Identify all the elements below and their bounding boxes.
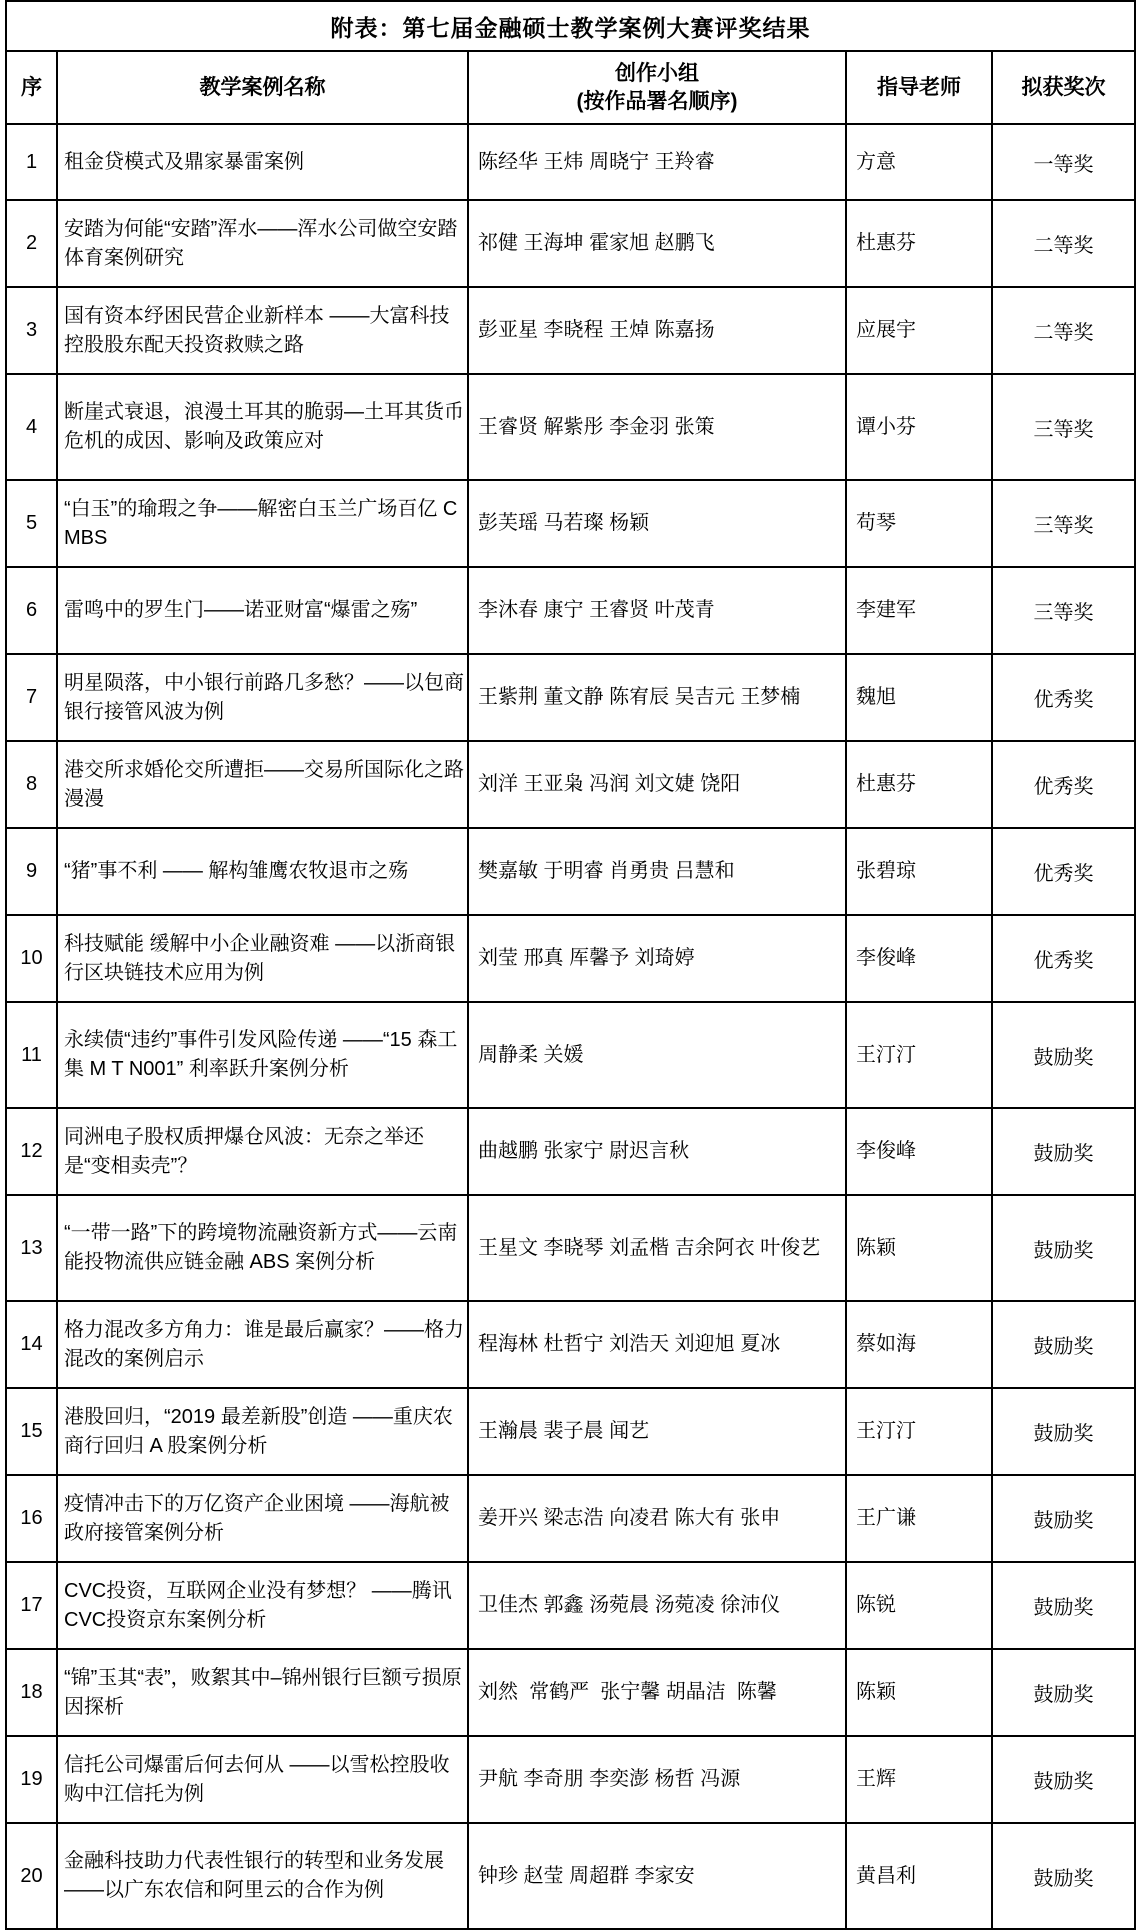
- awards-table: 附表：第七届金融硕士教学案例大赛评奖结果 序 教学案例名称 创作小组 (按作品署…: [5, 0, 1136, 1930]
- case-name: 港股回归，“2019 最差新股”创造 ——重庆农商行回归 A 股案例分析: [57, 1388, 468, 1475]
- creation-group: 李沐春 康宁 王睿贤 叶茂青: [468, 567, 846, 654]
- advisor-name: 蔡如海: [846, 1301, 992, 1388]
- row-index: 17: [6, 1562, 57, 1649]
- advisor-name: 李俊峰: [846, 915, 992, 1002]
- creation-group: 陈经华 王炜 周晓宁 王羚睿: [468, 124, 846, 200]
- creation-group: 卫佳杰 郭鑫 汤菀晨 汤菀凌 徐沛仪: [468, 1562, 846, 1649]
- row-index: 1: [6, 124, 57, 200]
- advisor-name: 王汀汀: [846, 1002, 992, 1108]
- case-name: 永续债“违约”事件引发风险传递 ——“15 森工集 M T N001” 利率跃升…: [57, 1002, 468, 1108]
- row-index: 2: [6, 200, 57, 287]
- title-row: 附表：第七届金融硕士教学案例大赛评奖结果: [6, 1, 1135, 51]
- page-title: 附表：第七届金融硕士教学案例大赛评奖结果: [6, 1, 1135, 51]
- creation-group: 刘然 常鹤严 张宁馨 胡晶洁 陈馨: [468, 1649, 846, 1736]
- table-row: 19 信托公司爆雷后何去何从 ——以雪松控股收购中江信托为例 尹航 李奇朋 李奕…: [6, 1736, 1135, 1823]
- creation-group: 钟珍 赵莹 周超群 李家安: [468, 1823, 846, 1929]
- award-level: 鼓励奖: [992, 1649, 1135, 1736]
- advisor-name: 杜惠芬: [846, 200, 992, 287]
- creation-group: 樊嘉敏 于明睿 肖勇贵 吕慧和: [468, 828, 846, 915]
- row-index: 6: [6, 567, 57, 654]
- case-name: 明星陨落，中小银行前路几多愁？——以包商银行接管风波为例: [57, 654, 468, 741]
- table-row: 11 永续债“违约”事件引发风险传递 ——“15 森工集 M T N001” 利…: [6, 1002, 1135, 1108]
- advisor-name: 方意: [846, 124, 992, 200]
- row-index: 12: [6, 1108, 57, 1195]
- row-index: 8: [6, 741, 57, 828]
- column-header-index: 序: [6, 51, 57, 124]
- column-header-award: 拟获奖次: [992, 51, 1135, 124]
- award-level: 鼓励奖: [992, 1823, 1135, 1929]
- case-name: 信托公司爆雷后何去何从 ——以雪松控股收购中江信托为例: [57, 1736, 468, 1823]
- award-level: 优秀奖: [992, 828, 1135, 915]
- creation-group: 王睿贤 解紫彤 李金羽 张策: [468, 374, 846, 480]
- advisor-name: 李建军: [846, 567, 992, 654]
- award-level: 一等奖: [992, 124, 1135, 200]
- table-row: 15 港股回归，“2019 最差新股”创造 ——重庆农商行回归 A 股案例分析 …: [6, 1388, 1135, 1475]
- column-header-advisor: 指导老师: [846, 51, 992, 124]
- row-index: 18: [6, 1649, 57, 1736]
- case-name: 疫情冲击下的万亿资产企业困境 ——海航被政府接管案例分析: [57, 1475, 468, 1562]
- case-name: “白玉”的瑜瑕之争——解密白玉兰广场百亿 CMBS: [57, 480, 468, 567]
- column-header-group-line2: (按作品署名顺序): [471, 88, 843, 116]
- table-body: 1 租金贷模式及鼎家暴雷案例 陈经华 王炜 周晓宁 王羚睿 方意 一等奖 2 安…: [6, 124, 1135, 1929]
- advisor-name: 杜惠芬: [846, 741, 992, 828]
- award-level: 优秀奖: [992, 915, 1135, 1002]
- creation-group: 刘莹 邢真 厍馨予 刘琦婷: [468, 915, 846, 1002]
- table-row: 5 “白玉”的瑜瑕之争——解密白玉兰广场百亿 CMBS 彭芙瑶 马若璨 杨颖 苟…: [6, 480, 1135, 567]
- advisor-name: 魏旭: [846, 654, 992, 741]
- row-index: 15: [6, 1388, 57, 1475]
- table-row: 20 金融科技助力代表性银行的转型和业务发展——以广东农信和阿里云的合作为例 钟…: [6, 1823, 1135, 1929]
- row-index: 4: [6, 374, 57, 480]
- case-name: 格力混改多方角力：谁是最后赢家？——格力混改的案例启示: [57, 1301, 468, 1388]
- creation-group: 姜开兴 梁志浩 向凌君 陈大有 张申: [468, 1475, 846, 1562]
- case-name: 金融科技助力代表性银行的转型和业务发展——以广东农信和阿里云的合作为例: [57, 1823, 468, 1929]
- advisor-name: 王辉: [846, 1736, 992, 1823]
- advisor-name: 李俊峰: [846, 1108, 992, 1195]
- table-row: 4 断崖式衰退，浪漫土耳其的脆弱—土耳其货币危机的成因、影响及政策应对 王睿贤 …: [6, 374, 1135, 480]
- case-name: 安踏为何能“安踏”浑水——浑水公司做空安踏体育案例研究: [57, 200, 468, 287]
- table-row: 8 港交所求婚伦交所遭拒——交易所国际化之路漫漫 刘洋 王亚枭 冯润 刘文婕 饶…: [6, 741, 1135, 828]
- advisor-name: 谭小芬: [846, 374, 992, 480]
- row-index: 19: [6, 1736, 57, 1823]
- creation-group: 彭亚星 李晓程 王焯 陈嘉扬: [468, 287, 846, 374]
- table-row: 3 国有资本纾困民营企业新样本 ——大富科技控股股东配天投资救赎之路 彭亚星 李…: [6, 287, 1135, 374]
- creation-group: 王瀚晨 裴子晨 闻艺: [468, 1388, 846, 1475]
- award-level: 鼓励奖: [992, 1562, 1135, 1649]
- row-index: 11: [6, 1002, 57, 1108]
- creation-group: 王紫荆 董文静 陈宥辰 吴吉元 王梦楠: [468, 654, 846, 741]
- row-index: 3: [6, 287, 57, 374]
- case-name: 雷鸣中的罗生门——诺亚财富“爆雷之殇”: [57, 567, 468, 654]
- creation-group: 祁健 王海坤 霍家旭 赵鹏飞: [468, 200, 846, 287]
- creation-group: 周静柔 关媛: [468, 1002, 846, 1108]
- award-level: 优秀奖: [992, 741, 1135, 828]
- case-name: “一带一路”下的跨境物流融资新方式——云南能投物流供应链金融 ABS 案例分析: [57, 1195, 468, 1301]
- advisor-name: 应展宇: [846, 287, 992, 374]
- case-name: “猪”事不利 —— 解构雏鹰农牧退市之殇: [57, 828, 468, 915]
- table-row: 12 同洲电子股权质押爆仓风波：无奈之举还是“变相卖壳”？ 曲越鹏 张家宁 尉迟…: [6, 1108, 1135, 1195]
- creation-group: 彭芙瑶 马若璨 杨颖: [468, 480, 846, 567]
- advisor-name: 黄昌利: [846, 1823, 992, 1929]
- table-row: 7 明星陨落，中小银行前路几多愁？——以包商银行接管风波为例 王紫荆 董文静 陈…: [6, 654, 1135, 741]
- creation-group: 王星文 李晓琴 刘孟楷 吉余阿衣 叶俊艺: [468, 1195, 846, 1301]
- award-level: 三等奖: [992, 567, 1135, 654]
- creation-group: 程海林 杜哲宁 刘浩天 刘迎旭 夏冰: [468, 1301, 846, 1388]
- table-row: 10 科技赋能 缓解中小企业融资难 ——以浙商银行区块链技术应用为例 刘莹 邢真…: [6, 915, 1135, 1002]
- case-name: 租金贷模式及鼎家暴雷案例: [57, 124, 468, 200]
- table-row: 2 安踏为何能“安踏”浑水——浑水公司做空安踏体育案例研究 祁健 王海坤 霍家旭…: [6, 200, 1135, 287]
- table-row: 1 租金贷模式及鼎家暴雷案例 陈经华 王炜 周晓宁 王羚睿 方意 一等奖: [6, 124, 1135, 200]
- award-level: 鼓励奖: [992, 1475, 1135, 1562]
- case-name: 科技赋能 缓解中小企业融资难 ——以浙商银行区块链技术应用为例: [57, 915, 468, 1002]
- advisor-name: 陈颖: [846, 1195, 992, 1301]
- table-row: 17 CVC投资，互联网企业没有梦想？ ——腾讯CVC投资京东案例分析 卫佳杰 …: [6, 1562, 1135, 1649]
- creation-group: 曲越鹏 张家宁 尉迟言秋: [468, 1108, 846, 1195]
- award-level: 鼓励奖: [992, 1108, 1135, 1195]
- table-header-row: 序 教学案例名称 创作小组 (按作品署名顺序) 指导老师 拟获奖次: [6, 51, 1135, 124]
- table-row: 6 雷鸣中的罗生门——诺亚财富“爆雷之殇” 李沐春 康宁 王睿贤 叶茂青 李建军…: [6, 567, 1135, 654]
- case-name: 国有资本纾困民营企业新样本 ——大富科技控股股东配天投资救赎之路: [57, 287, 468, 374]
- award-level: 二等奖: [992, 287, 1135, 374]
- award-level: 鼓励奖: [992, 1388, 1135, 1475]
- table-row: 9 “猪”事不利 —— 解构雏鹰农牧退市之殇 樊嘉敏 于明睿 肖勇贵 吕慧和 张…: [6, 828, 1135, 915]
- row-index: 5: [6, 480, 57, 567]
- case-name: 港交所求婚伦交所遭拒——交易所国际化之路漫漫: [57, 741, 468, 828]
- case-name: CVC投资，互联网企业没有梦想？ ——腾讯CVC投资京东案例分析: [57, 1562, 468, 1649]
- advisor-name: 王汀汀: [846, 1388, 992, 1475]
- row-index: 16: [6, 1475, 57, 1562]
- creation-group: 尹航 李奇朋 李奕澎 杨哲 冯源: [468, 1736, 846, 1823]
- case-name: “锦”玉其“表”，败絮其中–锦州银行巨额亏损原因探析: [57, 1649, 468, 1736]
- column-header-case-name: 教学案例名称: [57, 51, 468, 124]
- row-index: 9: [6, 828, 57, 915]
- award-level: 优秀奖: [992, 654, 1135, 741]
- advisor-name: 苟琴: [846, 480, 992, 567]
- creation-group: 刘洋 王亚枭 冯润 刘文婕 饶阳: [468, 741, 846, 828]
- table-row: 13 “一带一路”下的跨境物流融资新方式——云南能投物流供应链金融 ABS 案例…: [6, 1195, 1135, 1301]
- advisor-name: 张碧琼: [846, 828, 992, 915]
- award-level: 鼓励奖: [992, 1002, 1135, 1108]
- award-level: 鼓励奖: [992, 1736, 1135, 1823]
- award-level: 三等奖: [992, 374, 1135, 480]
- row-index: 20: [6, 1823, 57, 1929]
- advisor-name: 陈颖: [846, 1649, 992, 1736]
- case-name: 断崖式衰退，浪漫土耳其的脆弱—土耳其货币危机的成因、影响及政策应对: [57, 374, 468, 480]
- row-index: 7: [6, 654, 57, 741]
- case-name: 同洲电子股权质押爆仓风波：无奈之举还是“变相卖壳”？: [57, 1108, 468, 1195]
- advisor-name: 王广谦: [846, 1475, 992, 1562]
- row-index: 10: [6, 915, 57, 1002]
- advisor-name: 陈锐: [846, 1562, 992, 1649]
- row-index: 14: [6, 1301, 57, 1388]
- column-header-group: 创作小组 (按作品署名顺序): [468, 51, 846, 124]
- award-level: 鼓励奖: [992, 1301, 1135, 1388]
- row-index: 13: [6, 1195, 57, 1301]
- award-level: 二等奖: [992, 200, 1135, 287]
- table-row: 18 “锦”玉其“表”，败絮其中–锦州银行巨额亏损原因探析 刘然 常鹤严 张宁馨…: [6, 1649, 1135, 1736]
- award-level: 鼓励奖: [992, 1195, 1135, 1301]
- table-row: 16 疫情冲击下的万亿资产企业困境 ——海航被政府接管案例分析 姜开兴 梁志浩 …: [6, 1475, 1135, 1562]
- column-header-group-line1: 创作小组: [471, 60, 843, 88]
- award-level: 三等奖: [992, 480, 1135, 567]
- table-row: 14 格力混改多方角力：谁是最后赢家？——格力混改的案例启示 程海林 杜哲宁 刘…: [6, 1301, 1135, 1388]
